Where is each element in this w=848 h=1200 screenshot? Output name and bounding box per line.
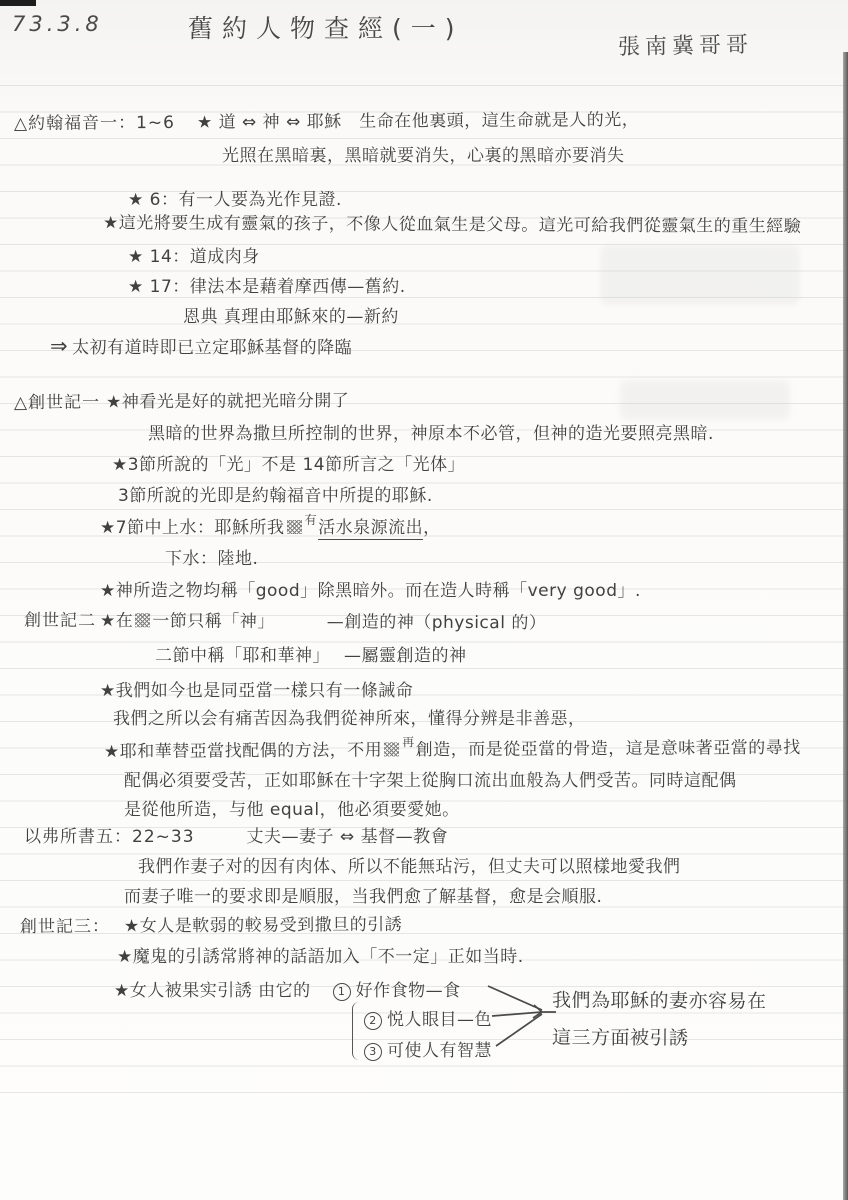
- crossed-out-character: [135, 613, 150, 627]
- john-conclusion: 太初有道時即已立定耶穌基督的降臨: [72, 338, 352, 358]
- genesis1-heading: △創世記一: [14, 392, 100, 413]
- john-verse-17b: 恩典 真理由耶穌來的—新約: [183, 307, 399, 327]
- genesis1-heading-line: △創世記一★神看光是好的就把光暗分開了: [14, 391, 349, 413]
- genesis1-water-line: ★7節中上水：耶穌所我有活水泉源流出，: [100, 518, 441, 538]
- genesis2-line-2: 二節中稱「耶和華神」—屬靈創造的神: [155, 646, 467, 666]
- temptation-item-3: 3可使人有智慧: [364, 1041, 492, 1061]
- genesis3-point-2: ★魔鬼的引誘常將神的話語加入「不一定」正如当時.: [117, 947, 524, 967]
- genesis1-line-4: 3節所說的光即是約翰福音中所提的耶穌.: [118, 486, 433, 506]
- john-verse-6: ★ 6：有一人要為光作見證.: [128, 190, 342, 210]
- genesis2-line-4: 我們之所以会有痛苦因為我們從神所來，懂得分辨是非善惡，: [113, 709, 586, 729]
- circled-number-3: 3: [364, 1043, 382, 1061]
- genesis3-annotation-1: 我們為耶穌的妻亦容易在: [552, 989, 767, 1013]
- genesis1-line-2: 黑暗的世界為撒旦所控制的世界，神原本不必管，但神的造光要照亮黑暗.: [148, 424, 714, 444]
- scanned-note-page: 73.3.8 舊約人物查經(一) 張南冀哥哥 △約翰福音一：1~6★ 道 ⇔ 神…: [0, 0, 848, 1200]
- genesis2-point-1-pre: ★在: [100, 611, 133, 631]
- genesis3-heading: 創世記三：: [20, 917, 110, 938]
- genesis2-point-3: ★我們如今也是同亞當一樣只有一條誡命: [100, 681, 413, 701]
- john-heading-line: △約翰福音一：1~6★ 道 ⇔ 神 ⇔ 耶穌 生命在他裏頭，這生命就是人的光，: [14, 110, 639, 134]
- john-verse-14: ★ 14：道成肉身: [128, 247, 260, 267]
- genesis2-point-1b: —創造的神（physical 的）: [327, 612, 547, 633]
- genesis2-line-2b: —屬靈創造的神: [344, 646, 467, 666]
- ephesians-pair: 丈夫—妻子 ⇔ 基督—教會: [247, 827, 449, 847]
- list-brace: [352, 1002, 362, 1060]
- genesis1-point-1: ★神看光是好的就把光暗分開了: [106, 391, 349, 412]
- temptation-item-1-label: 好作食物—食: [356, 981, 461, 1001]
- water-line-pre: ★7節中上水：耶穌所我: [100, 518, 285, 538]
- water-line-post: ，: [423, 518, 441, 538]
- ephesians-heading: 以弗所書五：22~33: [24, 827, 195, 847]
- genesis3-annotation-2: 這三方面被引誘: [552, 1027, 689, 1051]
- genesis2-heading-line: 創世記二★在一節只稱「神」—創造的神（physical 的）: [24, 611, 546, 634]
- ephesians-line-3: 而妻子唯一的要求即是順服，当我們愈了解基督，愈是会順服.: [124, 887, 602, 907]
- genesis2-heading: 創世記二: [24, 611, 96, 631]
- partner-line-post: 創造，而是從亞當的骨造，這是意味著亞當的尋找: [416, 738, 801, 760]
- john-line-2: 光照在黑暗裏，黑暗就要消失，心裏的黑暗亦要消失: [222, 146, 625, 166]
- genesis2-line-6: 配偶必須要受苦，正如耶穌在十字架上從胸口流出血般為人們受苦。同時這配偶: [124, 771, 737, 791]
- temptation-item-2: 2悦人眼目—色: [364, 1010, 492, 1030]
- genesis2-partner-line: ★耶和華替亞當找配偶的方法，不用再創造，而是從亞當的骨造，這是意味著亞當的尋找: [104, 738, 801, 763]
- temptation-item-2-label: 悦人眼目—色: [387, 1010, 492, 1030]
- crossed-out-character: [287, 520, 302, 534]
- erased-pencil-marks: [620, 380, 790, 420]
- partner-line-pre: ★耶和華替亞當找配偶的方法，不用: [104, 740, 382, 762]
- inserted-character: 再: [402, 735, 415, 749]
- temptation-item-3-label: 可使人有智慧: [387, 1041, 492, 1061]
- john-line-light: ★這光將要生成有靈氣的孩子，不像人從血氣生是父母。這光可給我們從靈氣生的重生經驗: [103, 213, 801, 237]
- john-conclusion-line: ⇒太初有道時即已立定耶穌基督的降臨: [50, 334, 352, 359]
- genesis3-point-3: ★女人被果实引誘 由它的: [114, 981, 311, 1001]
- genesis1-good-line: ★神所造之物均稱「good」除黑暗外。而在造人時稱「very good」.: [100, 581, 641, 601]
- genesis3-point-3-line: ★女人被果实引誘 由它的1好作食物—食: [114, 981, 461, 1001]
- underlined-phrase: 活水泉源流出: [318, 518, 423, 540]
- erased-pencil-marks: [600, 245, 800, 305]
- genesis2-line-7: 是從他所造，与他 equal，他必須要愛她。: [124, 800, 460, 820]
- genesis1-point-3: ★3節所說的「光」不是 14節所言之「光体」: [112, 455, 465, 475]
- genesis2-point-1-post: 一節只稱「神」: [152, 611, 275, 632]
- inserted-character: 有: [305, 513, 318, 527]
- genesis3-heading-line: 創世記三：★女人是軟弱的較易受到撒旦的引誘: [20, 915, 402, 938]
- circled-number-1: 1: [333, 983, 351, 1001]
- date: 73.3.8: [12, 12, 103, 37]
- ephesians-heading-line: 以弗所書五：22~33丈夫—妻子 ⇔ 基督—教會: [24, 827, 448, 847]
- john-verse-17: ★ 17：律法本是藉着摩西傳—舊約.: [128, 277, 406, 297]
- genesis3-point-1: ★女人是軟弱的較易受到撒旦的引誘: [124, 915, 402, 937]
- scan-edge-shadow: [843, 52, 848, 1200]
- double-arrow-icon: ⇒: [50, 334, 68, 358]
- john-intro: ★ 道 ⇔ 神 ⇔ 耶穌 生命在他裏頭，這生命就是人的光，: [197, 110, 639, 133]
- circled-number-2: 2: [364, 1012, 382, 1030]
- crossed-out-character: [384, 742, 399, 756]
- john-heading: △約翰福音一：1~6: [14, 113, 175, 134]
- ephesians-line-2: 我們作妻子对的因有肉体、所以不能無玷污，但丈夫可以照樣地愛我們: [138, 857, 681, 877]
- scan-corner-artifact: [0, 0, 36, 6]
- genesis1-water-line-2: 下水：陸地.: [165, 549, 258, 569]
- page-title: 舊約人物查經(一): [188, 14, 464, 44]
- genesis2-line-2a: 二節中稱「耶和華神」: [155, 646, 330, 666]
- temptation-item-1: 1好作食物—食: [333, 981, 461, 1001]
- author-signature: 張南冀哥哥: [618, 33, 753, 62]
